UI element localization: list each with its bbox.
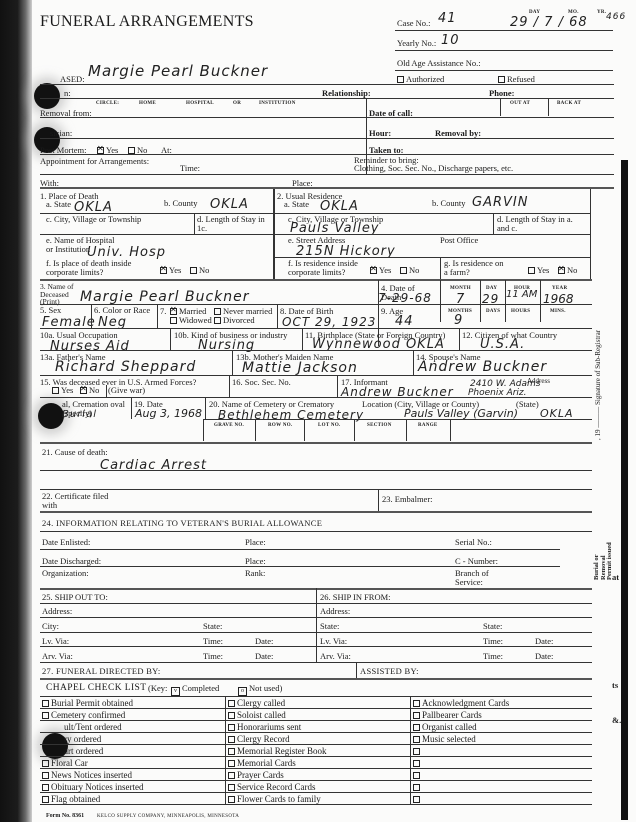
c-number-label: C - Number: [455, 557, 498, 566]
case-number-value[interactable]: 41 [438, 12, 457, 25]
spouse-name-value[interactable]: Andrew Buckner [418, 360, 547, 374]
divider [40, 804, 592, 805]
funeral-directed-by-label: 27. FUNERAL DIRECTED BY: [42, 667, 161, 676]
ship-in-arrive-via-label: Arv. Via: [320, 652, 351, 661]
checked-box-icon [160, 267, 167, 274]
farm-label: g. Is residence on a farm? [444, 259, 504, 276]
divider [410, 696, 411, 804]
ship-in-arrive-date-label: Date: [535, 652, 553, 661]
checkmark-box-icon: v [171, 687, 180, 696]
deceased-print-name-label: 3. Name of Deceased (Print) [40, 283, 76, 306]
disposition-value[interactable]: Burial [62, 410, 97, 420]
time-label: Time: [180, 164, 200, 173]
divider [413, 350, 414, 375]
permit-issued-label: Burial or Removal Permit issued [594, 535, 614, 580]
divider [505, 280, 506, 322]
death-city-label: c. City, Village or Township [46, 215, 141, 224]
divider [40, 768, 592, 769]
divider [40, 187, 614, 189]
grave-no-label: GRAVE NO. [214, 423, 244, 428]
yearly-number-label: Yearly No.: [397, 39, 436, 48]
checkbox-icon [400, 267, 407, 274]
punch-hole [38, 403, 64, 429]
divider [40, 566, 560, 567]
checkbox-icon [228, 772, 235, 779]
divider [225, 696, 226, 804]
checkbox-icon [170, 317, 177, 324]
ship-in-leave-via-label: Lv. Via: [320, 637, 347, 646]
assisted-by-label: ASSISTED BY: [360, 667, 419, 676]
checkbox-icon [413, 736, 420, 743]
checkbox-icon [413, 772, 420, 779]
divider [40, 375, 592, 376]
range-label: RANGE [418, 423, 438, 428]
divider [203, 419, 592, 420]
embalmer-label: 23. Embalmer: [382, 495, 433, 504]
back-at-label: BACK AT [557, 101, 581, 106]
residence-limits-yes-checkbox[interactable]: Yes [370, 266, 391, 275]
deceased-name-value[interactable]: Margie Pearl Buckner [88, 64, 268, 79]
divider [40, 646, 592, 647]
authorized-checkbox[interactable]: Authorized [397, 75, 444, 84]
checkbox-icon [128, 147, 135, 154]
ship-in-arrive-time-label: Time: [483, 652, 503, 661]
ship-in-leave-date-label: Date: [535, 637, 553, 646]
checkbox-icon [42, 784, 49, 791]
serial-number-label: Serial No.: [455, 538, 492, 547]
divider [40, 138, 614, 139]
checked-box-icon [80, 387, 87, 394]
checkbox-icon [228, 748, 235, 755]
divider [40, 154, 614, 155]
divider [40, 708, 592, 709]
divider [40, 792, 592, 793]
divider [378, 489, 379, 511]
out-at-label: OUT AT [510, 101, 530, 106]
divider [170, 328, 171, 350]
post-office-label: Post Office [440, 236, 478, 245]
residence-limits-no-checkbox[interactable]: No [400, 266, 419, 275]
circle-option-institution[interactable]: INSTITUTION [259, 101, 296, 106]
days-col-label: DAYS [486, 309, 500, 314]
yearly-number-value[interactable]: 10 [441, 34, 460, 47]
divider [440, 280, 441, 322]
ship-out-city-label: City: [42, 622, 59, 631]
divorced-checkbox[interactable]: Divorced [214, 316, 255, 325]
residence-state-label: a. State [284, 200, 309, 209]
deceased-label: ASED: [60, 75, 85, 84]
death-limits-no-checkbox[interactable]: No [190, 266, 209, 275]
veteran-section-heading: 24. INFORMATION RELATING TO VETERAN'S BU… [42, 519, 322, 528]
checkbox-icon [228, 784, 235, 791]
checkbox-icon [214, 308, 221, 315]
divider [40, 632, 592, 633]
checkbox-icon [52, 387, 59, 394]
mother-name-value[interactable]: Mattie Jackson [242, 361, 358, 375]
divider [459, 328, 460, 350]
ssn-label: 16. Soc. Sec. No. [232, 378, 291, 387]
divider [194, 213, 195, 234]
divider [395, 30, 613, 31]
divider [40, 662, 592, 663]
marital-status-number: 7. [160, 307, 166, 316]
divider [40, 603, 592, 604]
disposition-date-value[interactable]: Aug 3, 1968 [135, 408, 202, 419]
father-name-value[interactable]: Richard Sheppard [55, 360, 196, 374]
divider [354, 419, 355, 441]
checkbox-icon [228, 736, 235, 743]
divider [316, 588, 317, 663]
margin-at-label: at [612, 573, 619, 582]
divider [229, 375, 230, 397]
checkbox-icon [228, 724, 235, 731]
location-value[interactable]: Pauls Valley (Garvin) [404, 408, 518, 419]
divider [40, 732, 592, 733]
checkbox-icon [228, 700, 235, 707]
divider [450, 419, 451, 441]
death-county-label: b. County [164, 199, 198, 208]
cause-of-death-label: 21. Cause of death: [42, 448, 108, 457]
widowed-checkbox[interactable]: Widowed [170, 316, 212, 325]
year-label: YR. [597, 10, 606, 15]
circle-option-or: OR [233, 101, 241, 106]
checkbox-icon [228, 760, 235, 767]
checkbox-icon [42, 772, 49, 779]
age-value[interactable]: 44 [395, 315, 414, 328]
checkbox-icon [42, 700, 49, 707]
day-col-label: DAY [486, 286, 497, 291]
ship-out-leave-via-label: Lv. Via: [42, 637, 69, 646]
publisher: KELCO SUPPLY COMPANY, MINNEAPOLIS, MINNE… [97, 814, 239, 819]
farm-no-checkbox[interactable]: No [558, 266, 577, 275]
divider [40, 531, 592, 532]
residence-county-value[interactable]: GARVIN [472, 196, 528, 209]
ship-in-state-label-2: State: [483, 622, 502, 631]
checkbox-icon [413, 724, 420, 731]
divider [40, 678, 592, 680]
divider [40, 279, 592, 281]
age-months-value[interactable]: 9 [454, 314, 463, 327]
state-label: (State) [516, 400, 539, 409]
phone-label: Phone: [489, 89, 515, 98]
ship-in-address-label: Address: [320, 607, 350, 616]
checked-box-icon [170, 308, 177, 315]
divider [40, 470, 592, 471]
ship-out-address-label: Address: [42, 607, 72, 616]
cemetery-state-value[interactable]: OKLA [540, 408, 574, 419]
divider [106, 385, 107, 397]
divider [205, 397, 206, 419]
branch-of-service-label: Branch of Service: [455, 569, 505, 586]
date-of-birth-value[interactable]: OCT 29, 1923 [282, 316, 376, 328]
divider [40, 780, 592, 781]
section-label: SECTION [367, 423, 392, 428]
divider [395, 70, 613, 71]
death-hour-value[interactable]: 11 AM [506, 290, 537, 300]
ship-out-leave-date-label: Date: [255, 637, 273, 646]
circle-option-hospital[interactable]: HOSPITAL [186, 101, 214, 106]
divider [131, 397, 132, 419]
divider [395, 50, 613, 51]
old-age-assistance-label: Old Age Assistance No.: [397, 59, 481, 68]
divider [500, 98, 501, 116]
scan-right-edge [621, 160, 628, 820]
divider [356, 662, 357, 678]
reminder-items: Clothing, Soc. Sec. No., Discharge paper… [354, 164, 513, 173]
divider [40, 350, 592, 351]
divider [40, 397, 592, 398]
divider [40, 117, 614, 118]
divider [40, 174, 614, 175]
margin-edge-text: &. [612, 716, 621, 725]
corner-note: 466 [606, 13, 626, 22]
residence-state-value[interactable]: OKLA [320, 200, 359, 213]
checked-box-icon [558, 267, 565, 274]
checkbox-icon [42, 796, 49, 803]
divider [40, 720, 592, 721]
checkbox-icon [413, 748, 420, 755]
relationship-label: Relationship: [322, 89, 371, 98]
divider [40, 442, 592, 444]
divider [40, 756, 592, 757]
divider [40, 84, 614, 85]
death-limits-yes-checkbox[interactable]: Yes [160, 266, 181, 275]
checkbox-icon [190, 267, 197, 274]
divider [40, 511, 592, 513]
year-col-label: YEAR [552, 286, 567, 291]
divider [304, 419, 305, 441]
ship-out-arrive-time-label: Time: [203, 652, 223, 661]
checkbox-icon [228, 712, 235, 719]
circle-option-home[interactable]: HOME [139, 101, 156, 106]
physician-label: sician: [50, 129, 72, 138]
divider [157, 304, 158, 328]
checkbox-icon [413, 760, 420, 767]
ship-in-heading: 26. SHIP IN FROM: [320, 593, 391, 602]
divider [302, 328, 303, 350]
residence-length-of-stay-label: d. Length of Stay in a. and c. [497, 215, 577, 232]
ship-out-heading: 25. SHIP OUT TO: [42, 593, 108, 602]
checked-box-icon [370, 267, 377, 274]
form-number: Form No. 8361 [46, 813, 84, 819]
checkbox-icon [498, 76, 505, 83]
chapel-checklist-heading: CHAPEL CHECK LIST [46, 683, 146, 693]
ship-out-leave-time-label: Time: [203, 637, 223, 646]
checkbox-icon [42, 760, 49, 767]
death-corporate-limits-label: f. Is place of death inside corporate li… [46, 259, 156, 276]
divider [440, 257, 441, 279]
divider [480, 280, 481, 322]
scan-edge-shadow [0, 0, 32, 822]
armed-yes-checkbox[interactable]: Yes [52, 386, 73, 395]
margin-edge-text: ts [612, 681, 618, 690]
checked-box-icon [97, 147, 104, 154]
mins-col-label: MINS. [550, 309, 566, 314]
informant-label: n: [64, 89, 71, 98]
divider [40, 549, 560, 550]
header-date-value[interactable]: 29 / 7 / 68 [510, 16, 588, 29]
form-title: FUNERAL ARRANGEMENTS [40, 13, 254, 31]
divider [40, 744, 592, 745]
date-enlisted-label: Date Enlisted: [42, 538, 90, 547]
ship-out-arrive-date-label: Date: [255, 652, 273, 661]
divider [232, 350, 233, 375]
rank-label: Rank: [245, 569, 265, 578]
circle-option: CIRCLE: [96, 101, 119, 106]
certificate-filed-label: 22. Certificate filed with [42, 492, 112, 509]
armed-no-checkbox[interactable]: No [80, 386, 99, 395]
checkbox-icon [528, 267, 535, 274]
divider [548, 98, 549, 116]
divider [337, 375, 338, 397]
race-label: 6. Color or Race [94, 306, 150, 315]
organization-label: Organization: [42, 569, 89, 578]
divider [590, 189, 591, 279]
checkbox-icon [397, 76, 404, 83]
punch-hole [34, 83, 60, 109]
divider [203, 419, 204, 441]
checkbox-icon [214, 317, 221, 324]
give-war-label: (Give war) [108, 386, 145, 395]
death-county-value[interactable]: OKLA [210, 198, 249, 211]
divider [277, 304, 278, 328]
residence-corporate-limits-label: f. Is residence inside corporate limits? [288, 259, 368, 276]
death-length-of-stay-label: d. Length of Stay in 1c. [197, 215, 267, 232]
appointment-label: Appointment for Arrangements: [40, 157, 149, 166]
ship-in-state-label-1: State: [320, 622, 339, 631]
row-no-label: ROW NO. [268, 423, 293, 428]
divider [40, 489, 592, 490]
date-discharged-label: Date Discharged: [42, 557, 101, 566]
lot-no-label: LOT NO. [318, 423, 341, 428]
sex-label: 5. Sex [40, 306, 61, 315]
checkbox-icon [413, 784, 420, 791]
case-number-label: Case No.: [397, 19, 431, 28]
date-of-death-value[interactable]: 7-29-68 [378, 292, 432, 304]
key-not-used: oNot used) [238, 684, 282, 696]
checkbox-icon [413, 700, 420, 707]
checkbox-icon [413, 796, 420, 803]
hours-col-label: HOURS [511, 309, 530, 314]
key-completed: vCompleted [171, 684, 219, 696]
refused-checkbox[interactable]: Refused [498, 75, 535, 84]
circle-box-icon: o [238, 687, 247, 696]
funeral-arrangements-form: FUNERAL ARRANGEMENTS Case No.: 41 DAY MO… [0, 0, 636, 822]
checkbox-icon [413, 712, 420, 719]
divider [255, 419, 256, 441]
divider [40, 328, 592, 329]
sub-registrar-signature-label: , 19 ——— Signature of Sub-Registrar [594, 330, 602, 440]
hour-label: Hour: [369, 129, 391, 138]
divider [406, 419, 407, 441]
residence-county-label: b. County [432, 199, 466, 208]
checkbox-icon [228, 796, 235, 803]
divider [91, 304, 92, 328]
divider [40, 617, 592, 618]
enlisted-place-label: Place: [245, 538, 266, 547]
month-col-label: MONTH [450, 286, 471, 291]
ship-out-state-label: State: [203, 622, 222, 631]
discharged-place-label: Place: [245, 557, 266, 566]
divider [493, 213, 494, 234]
checkbox-icon [42, 712, 49, 719]
removal-by-label: Removal by: [435, 129, 481, 138]
divider [540, 280, 541, 322]
key-label: (Key: [148, 684, 167, 693]
deceased-print-name-value[interactable]: Margie Pearl Buckner [80, 290, 250, 304]
farm-yes-checkbox[interactable]: Yes [528, 266, 549, 275]
ship-out-arrive-via-label: Arv. Via: [42, 652, 73, 661]
death-state-label: a. State [46, 200, 71, 209]
divider [40, 98, 614, 99]
ship-in-leave-time-label: Time: [483, 637, 503, 646]
